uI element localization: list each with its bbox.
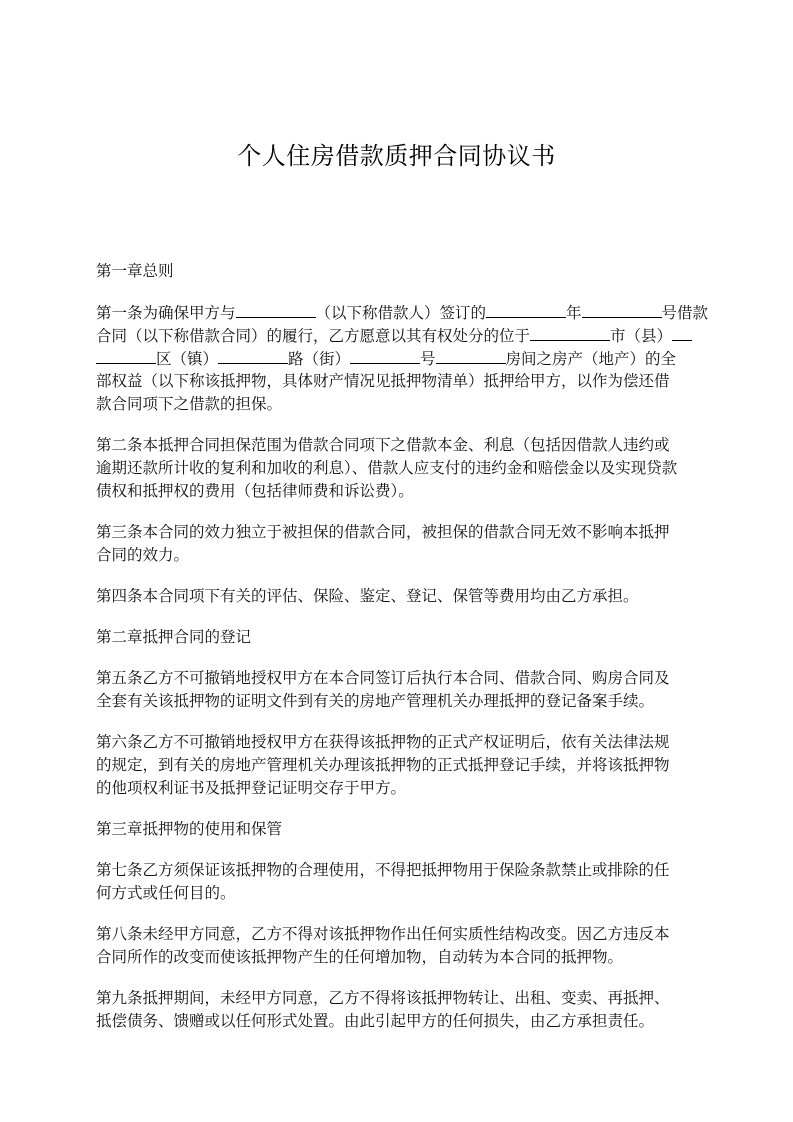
- text-line: 部权益（以下称该抵押物，具体财产情况见抵押物清单）抵押给甲方，以作为偿还借: [96, 370, 701, 393]
- text-line: 区（镇）路（街）号房间之房产（地产）的全: [96, 347, 701, 370]
- text-run: 第九条抵押期间，未经甲方同意，乙方不得将该抵押物转让、出租、变卖、再抵押、: [96, 989, 670, 1007]
- text-line: 全套有关该抵押物的证明文件到有关的房地产管理机关办理抵押的登记备案手续。: [96, 690, 701, 713]
- fill-in-blank: [672, 324, 692, 341]
- text-run: 合同的效力。: [96, 546, 189, 564]
- fill-in-blank: [436, 347, 506, 364]
- document-title: 个人住房借款质押合同协议书: [0, 136, 793, 171]
- article-paragraph: 第九条抵押期间，未经甲方同意，乙方不得将该抵押物转让、出租、变卖、再抵押、抵偿债…: [96, 987, 701, 1033]
- document-page: 个人住房借款质押合同协议书 第一章总则第一条为确保甲方与（以下称借款人）签订的年…: [0, 0, 793, 1122]
- text-line: 第八条未经甲方同意，乙方不得对该抵押物作出任何实质性结构改变。因乙方违反本: [96, 923, 701, 946]
- article-paragraph: 第二条本抵押合同担保范围为借款合同项下之借款本金、利息（包括因借款人违约或逾期还…: [96, 434, 701, 503]
- text-line: 第九条抵押期间，未经甲方同意，乙方不得将该抵押物转让、出租、变卖、再抵押、: [96, 987, 701, 1010]
- article-paragraph: 第五条乙方不可撤销地授权甲方在本合同签订后执行本合同、借款合同、购房合同及全套有…: [96, 667, 701, 713]
- text-line: 第四条本合同项下有关的评估、保险、鉴定、登记、保管等费用均由乙方承担。: [96, 585, 701, 608]
- text-run: 区（镇）: [156, 350, 218, 368]
- article-paragraph: 第四条本合同项下有关的评估、保险、鉴定、登记、保管等费用均由乙方承担。: [96, 585, 701, 608]
- fill-in-blank: [218, 347, 288, 364]
- text-run: 的他项权利证书及抵押登记证明交存于甲方。: [96, 779, 406, 797]
- text-run: 合同所作的改变而使该抵押物产生的任何增加物，自动转为本合同的抵押物。: [96, 948, 623, 966]
- article-paragraph: 第八条未经甲方同意，乙方不得对该抵押物作出任何实质性结构改变。因乙方违反本合同所…: [96, 923, 701, 969]
- text-run: 何方式或任何目的。: [96, 884, 236, 902]
- text-line: 第一章总则: [96, 260, 701, 283]
- text-run: （以下称借款人）签订的: [316, 304, 487, 322]
- text-run: 第二条本抵押合同担保范围为借款合同项下之借款本金、利息（包括因借款人违约或: [96, 436, 670, 454]
- text-run: 款合同项下之借款的担保。: [96, 395, 282, 413]
- fill-in-blank: [530, 324, 610, 341]
- text-line: 第七条乙方须保证该抵押物的合理使用，不得把抵押物用于保险条款禁止或排除的任: [96, 859, 701, 882]
- chapter-heading: 第三章抵押物的使用和保管: [96, 818, 701, 841]
- fill-in-blank: [350, 347, 420, 364]
- text-run: 第八条未经甲方同意，乙方不得对该抵押物作出任何实质性结构改变。因乙方违反本: [96, 925, 670, 943]
- text-line: 合同（以下称借款合同）的履行，乙方愿意以其有权处分的位于市（县）: [96, 324, 701, 347]
- article-paragraph: 第三条本合同的效力独立于被担保的借款合同，被担保的借款合同无效不影响本抵押合同的…: [96, 521, 701, 567]
- text-run: 第四条本合同项下有关的评估、保险、鉴定、登记、保管等费用均由乙方承担。: [96, 587, 639, 605]
- text-run: 房间之房产（地产）的全: [506, 350, 677, 368]
- fill-in-blank: [582, 301, 662, 318]
- text-run: 年: [566, 304, 582, 322]
- text-run: 路（街）: [288, 350, 350, 368]
- text-line: 合同所作的改变而使该抵押物产生的任何增加物，自动转为本合同的抵押物。: [96, 946, 701, 969]
- text-run: 第一章总则: [96, 262, 174, 280]
- article-paragraph: 第七条乙方须保证该抵押物的合理使用，不得把抵押物用于保险条款禁止或排除的任何方式…: [96, 859, 701, 905]
- text-line: 的规定，到有关的房地产管理机关办理该抵押物的正式抵押登记手续，并将该抵押物: [96, 754, 701, 777]
- fill-in-blank: [96, 347, 156, 364]
- text-run: 第三条本合同的效力独立于被担保的借款合同，被担保的借款合同无效不影响本抵押: [96, 523, 670, 541]
- article-paragraph: 第一条为确保甲方与（以下称借款人）签订的年号借款合同（以下称借款合同）的履行，乙…: [96, 301, 701, 416]
- fill-in-blank: [236, 301, 316, 318]
- text-run: 第一条为确保甲方与: [96, 304, 236, 322]
- text-line: 的他项权利证书及抵押登记证明交存于甲方。: [96, 777, 701, 800]
- text-run: 全套有关该抵押物的证明文件到有关的房地产管理机关办理抵押的登记备案手续。: [96, 692, 654, 710]
- article-paragraph: 第六条乙方不可撤销地授权甲方在获得该抵押物的正式产权证明后，依有关法律法规的规定…: [96, 731, 701, 800]
- text-run: 第五条乙方不可撤销地授权甲方在本合同签订后执行本合同、借款合同、购房合同及: [96, 669, 670, 687]
- text-line: 第六条乙方不可撤销地授权甲方在获得该抵押物的正式产权证明后，依有关法律法规: [96, 731, 701, 754]
- text-line: 合同的效力。: [96, 544, 701, 567]
- text-line: 债权和抵押权的费用（包括律师费和诉讼费）。: [96, 480, 701, 503]
- text-line: 抵偿债务、馈赠或以任何形式处置。由此引起甲方的任何损失，由乙方承担责任。: [96, 1010, 701, 1033]
- text-line: 第三章抵押物的使用和保管: [96, 818, 701, 841]
- text-line: 第二条本抵押合同担保范围为借款合同项下之借款本金、利息（包括因借款人违约或: [96, 434, 701, 457]
- text-line: 何方式或任何目的。: [96, 882, 701, 905]
- text-run: 部权益（以下称该抵押物，具体财产情况见抵押物清单）抵押给甲方，以作为偿还借: [96, 372, 670, 390]
- text-run: 第七条乙方须保证该抵押物的合理使用，不得把抵押物用于保险条款禁止或排除的任: [96, 861, 670, 879]
- chapter-heading: 第一章总则: [96, 260, 701, 283]
- text-run: 第六条乙方不可撤销地授权甲方在获得该抵押物的正式产权证明后，依有关法律法规: [96, 733, 670, 751]
- fill-in-blank: [486, 301, 566, 318]
- text-run: 的规定，到有关的房地产管理机关办理该抵押物的正式抵押登记手续，并将该抵押物: [96, 756, 670, 774]
- text-line: 逾期还款所计收的复利和加收的利息）、借款人应支付的违约金和赔偿金以及实现贷款: [96, 457, 701, 480]
- text-run: 债权和抵押权的费用（包括律师费和诉讼费）。: [96, 482, 414, 500]
- text-line: 第三条本合同的效力独立于被担保的借款合同，被担保的借款合同无效不影响本抵押: [96, 521, 701, 544]
- text-run: 市（县）: [610, 327, 672, 345]
- text-run: 逾期还款所计收的复利和加收的利息）、借款人应支付的违约金和赔偿金以及实现贷款: [96, 459, 677, 477]
- text-line: 第一条为确保甲方与（以下称借款人）签订的年号借款: [96, 301, 701, 324]
- text-run: 第三章抵押物的使用和保管: [96, 820, 282, 838]
- chapter-heading: 第二章抵押合同的登记: [96, 626, 701, 649]
- text-run: 合同（以下称借款合同）的履行，乙方愿意以其有权处分的位于: [96, 327, 530, 345]
- text-line: 第五条乙方不可撤销地授权甲方在本合同签订后执行本合同、借款合同、购房合同及: [96, 667, 701, 690]
- text-line: 款合同项下之借款的担保。: [96, 393, 701, 416]
- text-run: 号借款: [662, 304, 709, 322]
- document-body: 第一章总则第一条为确保甲方与（以下称借款人）签订的年号借款合同（以下称借款合同）…: [96, 260, 701, 1051]
- text-run: 第二章抵押合同的登记: [96, 628, 251, 646]
- text-run: 号: [420, 350, 436, 368]
- text-run: 抵偿债务、馈赠或以任何形式处置。由此引起甲方的任何损失，由乙方承担责任。: [96, 1012, 654, 1030]
- text-line: 第二章抵押合同的登记: [96, 626, 701, 649]
